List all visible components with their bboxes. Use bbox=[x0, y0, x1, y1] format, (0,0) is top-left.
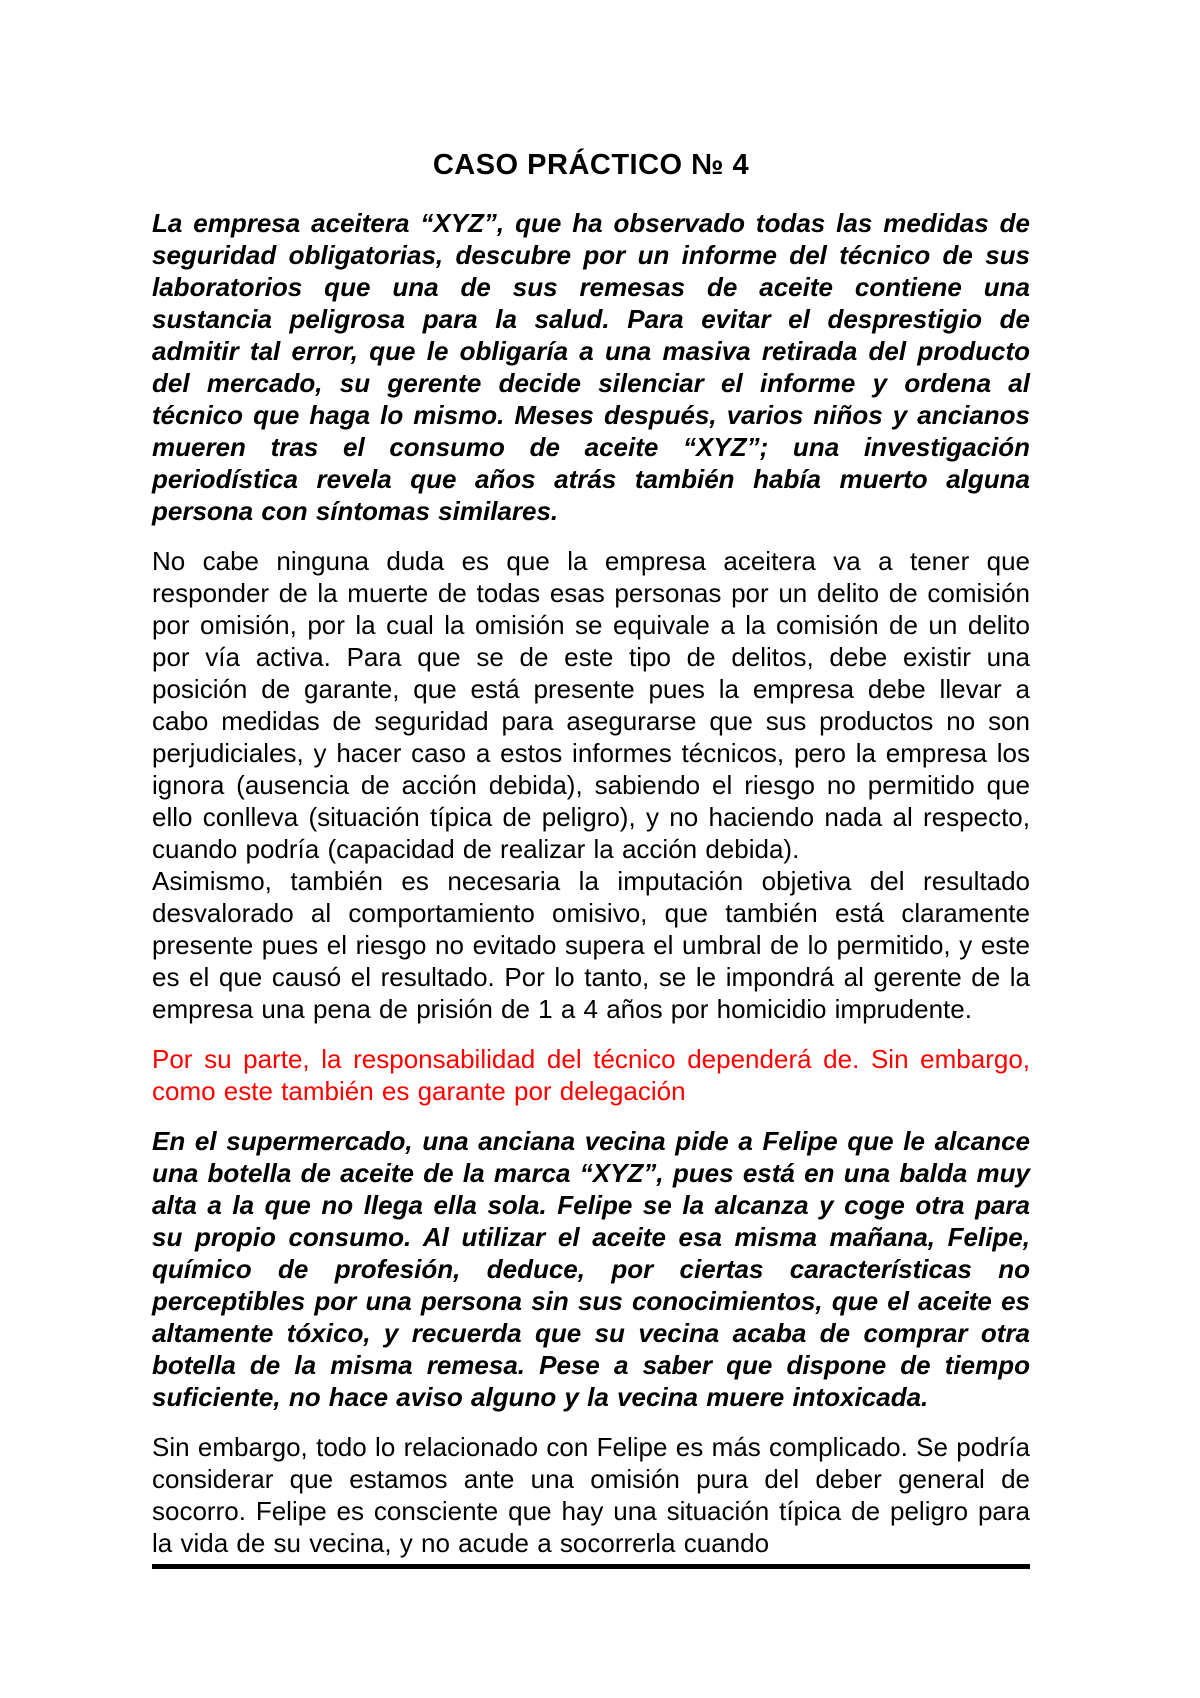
paragraph-case-statement-company: La empresa aceitera “XYZ”, que ha observ… bbox=[152, 207, 1030, 527]
bottom-separator-line bbox=[152, 1564, 1030, 1569]
document-title: CASO PRÁCTICO № 4 bbox=[152, 148, 1030, 182]
paragraph-case-statement-felipe: En el supermercado, una anciana vecina p… bbox=[152, 1125, 1030, 1413]
paragraph-analysis-objective-imputation: Asimismo, también es necesaria la imputa… bbox=[152, 865, 1030, 1025]
document-page: CASO PRÁCTICO № 4 La empresa aceitera “X… bbox=[0, 0, 1200, 1698]
paragraph-analysis-commission-by-omission: No cabe ninguna duda es que la empresa a… bbox=[152, 545, 1030, 865]
paragraph-analysis-felipe-omission: Sin embargo, todo lo relacionado con Fel… bbox=[152, 1431, 1030, 1559]
paragraph-note-technician-responsibility: Por su parte, la responsabilidad del téc… bbox=[152, 1043, 1030, 1107]
